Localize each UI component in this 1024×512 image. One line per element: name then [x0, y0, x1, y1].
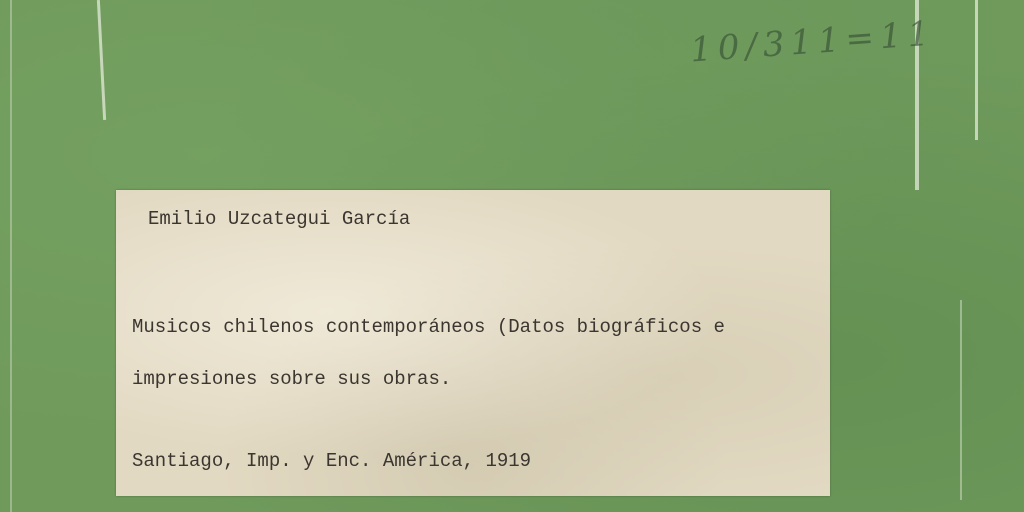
crease: [975, 0, 978, 140]
author-name: Emilio Uzcategui García: [148, 208, 410, 230]
title-line-2: impresiones sobre sus obras.: [132, 368, 451, 390]
imprint: Santiago, Imp. y Enc. América, 1919: [132, 450, 531, 472]
crease: [960, 300, 962, 500]
handwritten-note: 10/311=11: [689, 13, 937, 70]
crease: [10, 0, 12, 512]
crease: [97, 0, 106, 120]
catalog-label: Emilio Uzcategui García Musicos chilenos…: [116, 190, 830, 496]
title-line-1: Musicos chilenos contemporáneos (Datos b…: [132, 316, 725, 338]
